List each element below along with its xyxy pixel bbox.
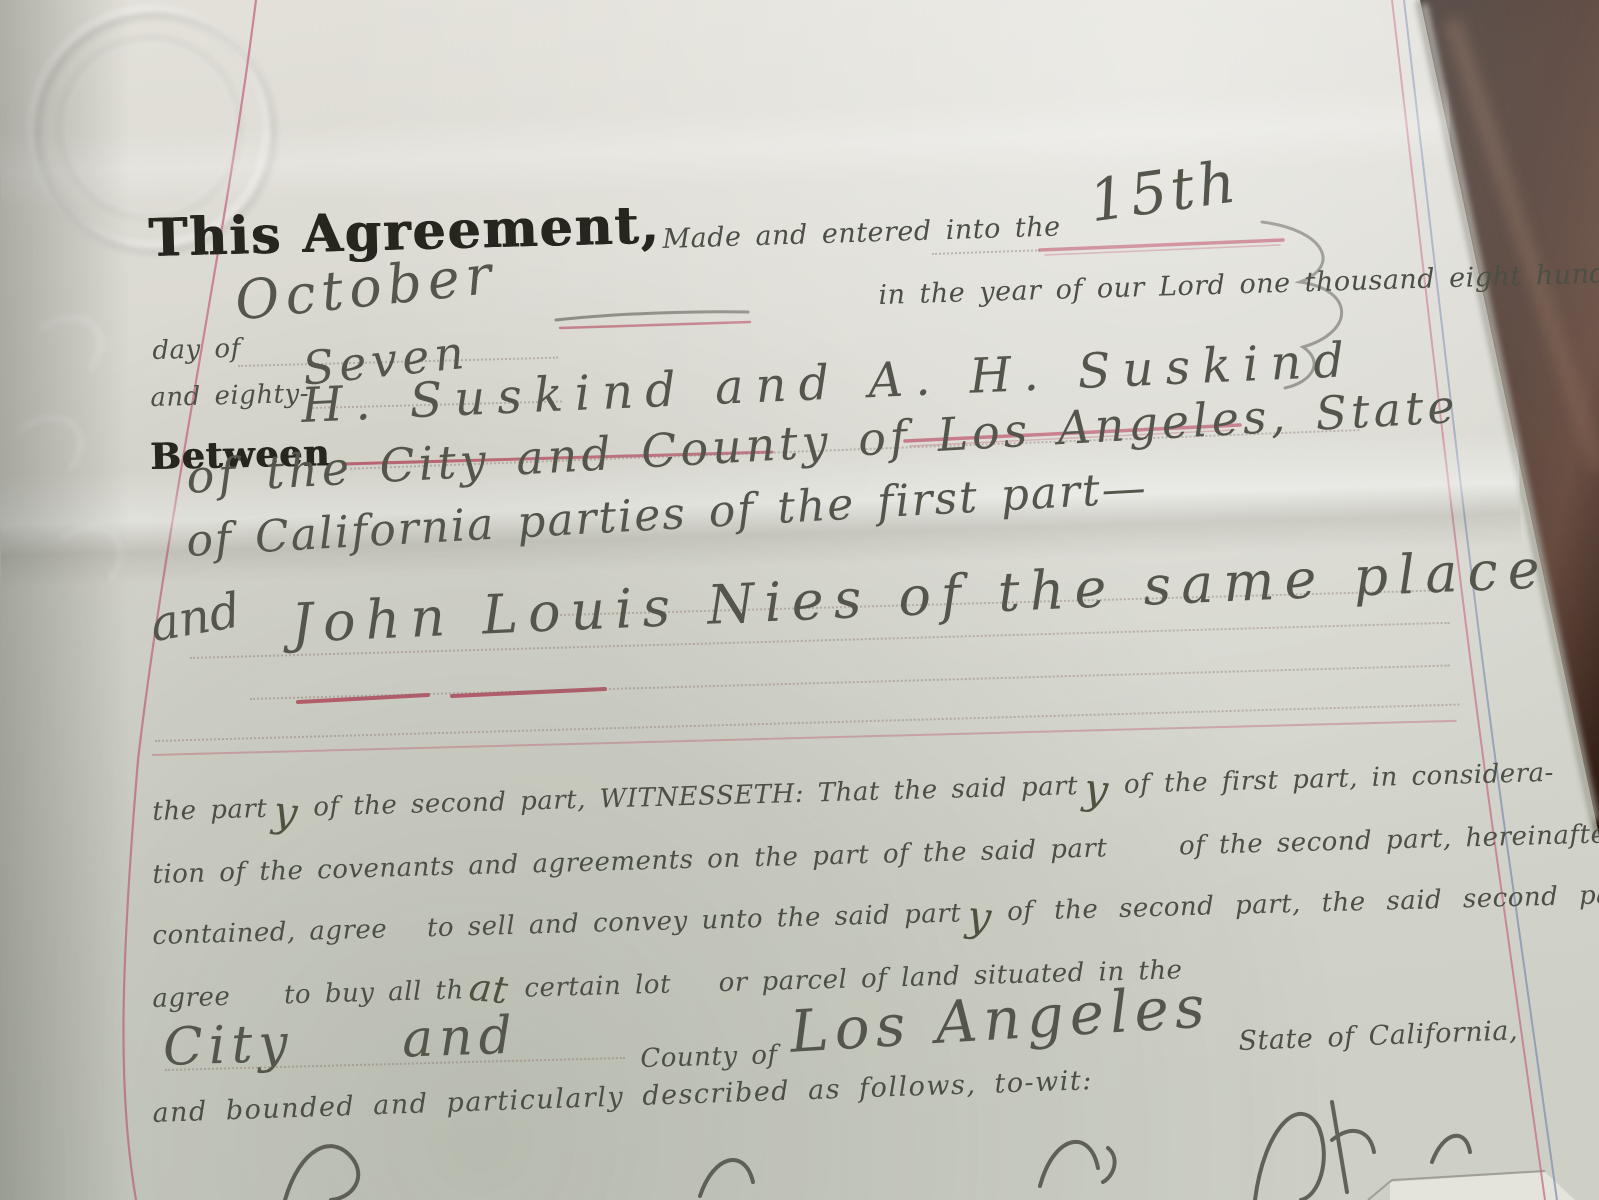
photographed-document: This Agreement, Made and entered into th… xyxy=(0,0,1599,1200)
day-of-label: day of xyxy=(152,334,241,366)
body-line-4-part-b: to buy all th xyxy=(284,975,465,1010)
body-line-4-part-c: certain lot xyxy=(524,970,671,1004)
handwritten-y: y xyxy=(273,811,297,814)
handwritten-at: at xyxy=(470,986,509,990)
body-line-1-part-a: the part xyxy=(152,794,268,827)
and-eighty-label: and eighty- xyxy=(150,379,309,413)
handwritten-y: y xyxy=(1084,788,1108,791)
handwritten-city-and: City and xyxy=(162,1006,519,1078)
handwritten-y: y xyxy=(967,916,991,919)
body-line-4-part-a: agree xyxy=(152,982,231,1014)
county-of-label: County of xyxy=(640,1040,778,1074)
